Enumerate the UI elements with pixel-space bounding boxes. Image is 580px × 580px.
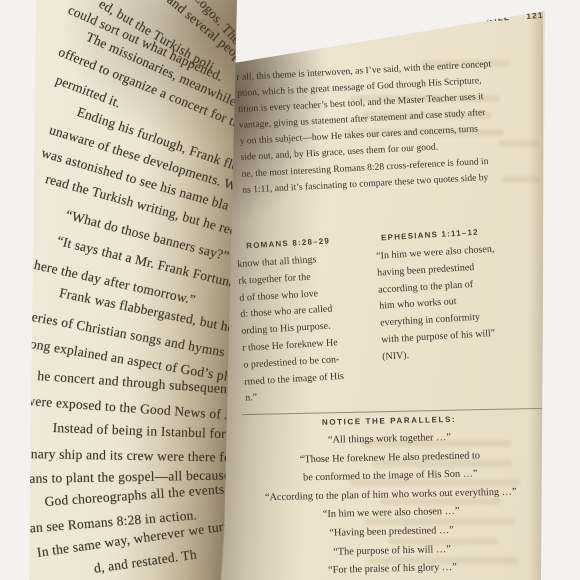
left-page-line: onary ship and its crew were there for m bbox=[24, 446, 250, 466]
left-page: ed, but the Turkish poli and several peo… bbox=[0, 0, 244, 580]
running-title: ALL THINGS WORK OUT IN CONFORMITY TO THE… bbox=[238, 12, 527, 47]
body-paragraph: r all, this theme is interwoven, as I’ve… bbox=[236, 55, 534, 199]
parallels-section: NOTICE THE PARALLELS: “All things work t… bbox=[230, 413, 552, 580]
book-photo: ALL THINGS WORK OUT IN CONFORMITY TO THE… bbox=[0, 0, 580, 580]
ephesians-column: EPHESIANS 1:11–12 “In him we were also c… bbox=[375, 225, 533, 400]
verse-comparison: ROMANS 8:28–29 know that all things rk t… bbox=[236, 225, 533, 408]
running-header: ALL THINGS WORK OUT IN CONFORMITY TO THE… bbox=[238, 11, 545, 47]
parallels-heading: NOTICE THE PARALLELS: bbox=[230, 413, 548, 429]
romans-heading: ROMANS 8:28–29 bbox=[246, 235, 353, 250]
romans-column: ROMANS 8:28–29 know that all things rk t… bbox=[236, 235, 363, 408]
page-number: 121 bbox=[526, 11, 544, 30]
left-page-line: d, and restated. Th bbox=[93, 547, 198, 577]
ephesians-heading: EPHESIANS 1:11–12 bbox=[381, 225, 524, 242]
